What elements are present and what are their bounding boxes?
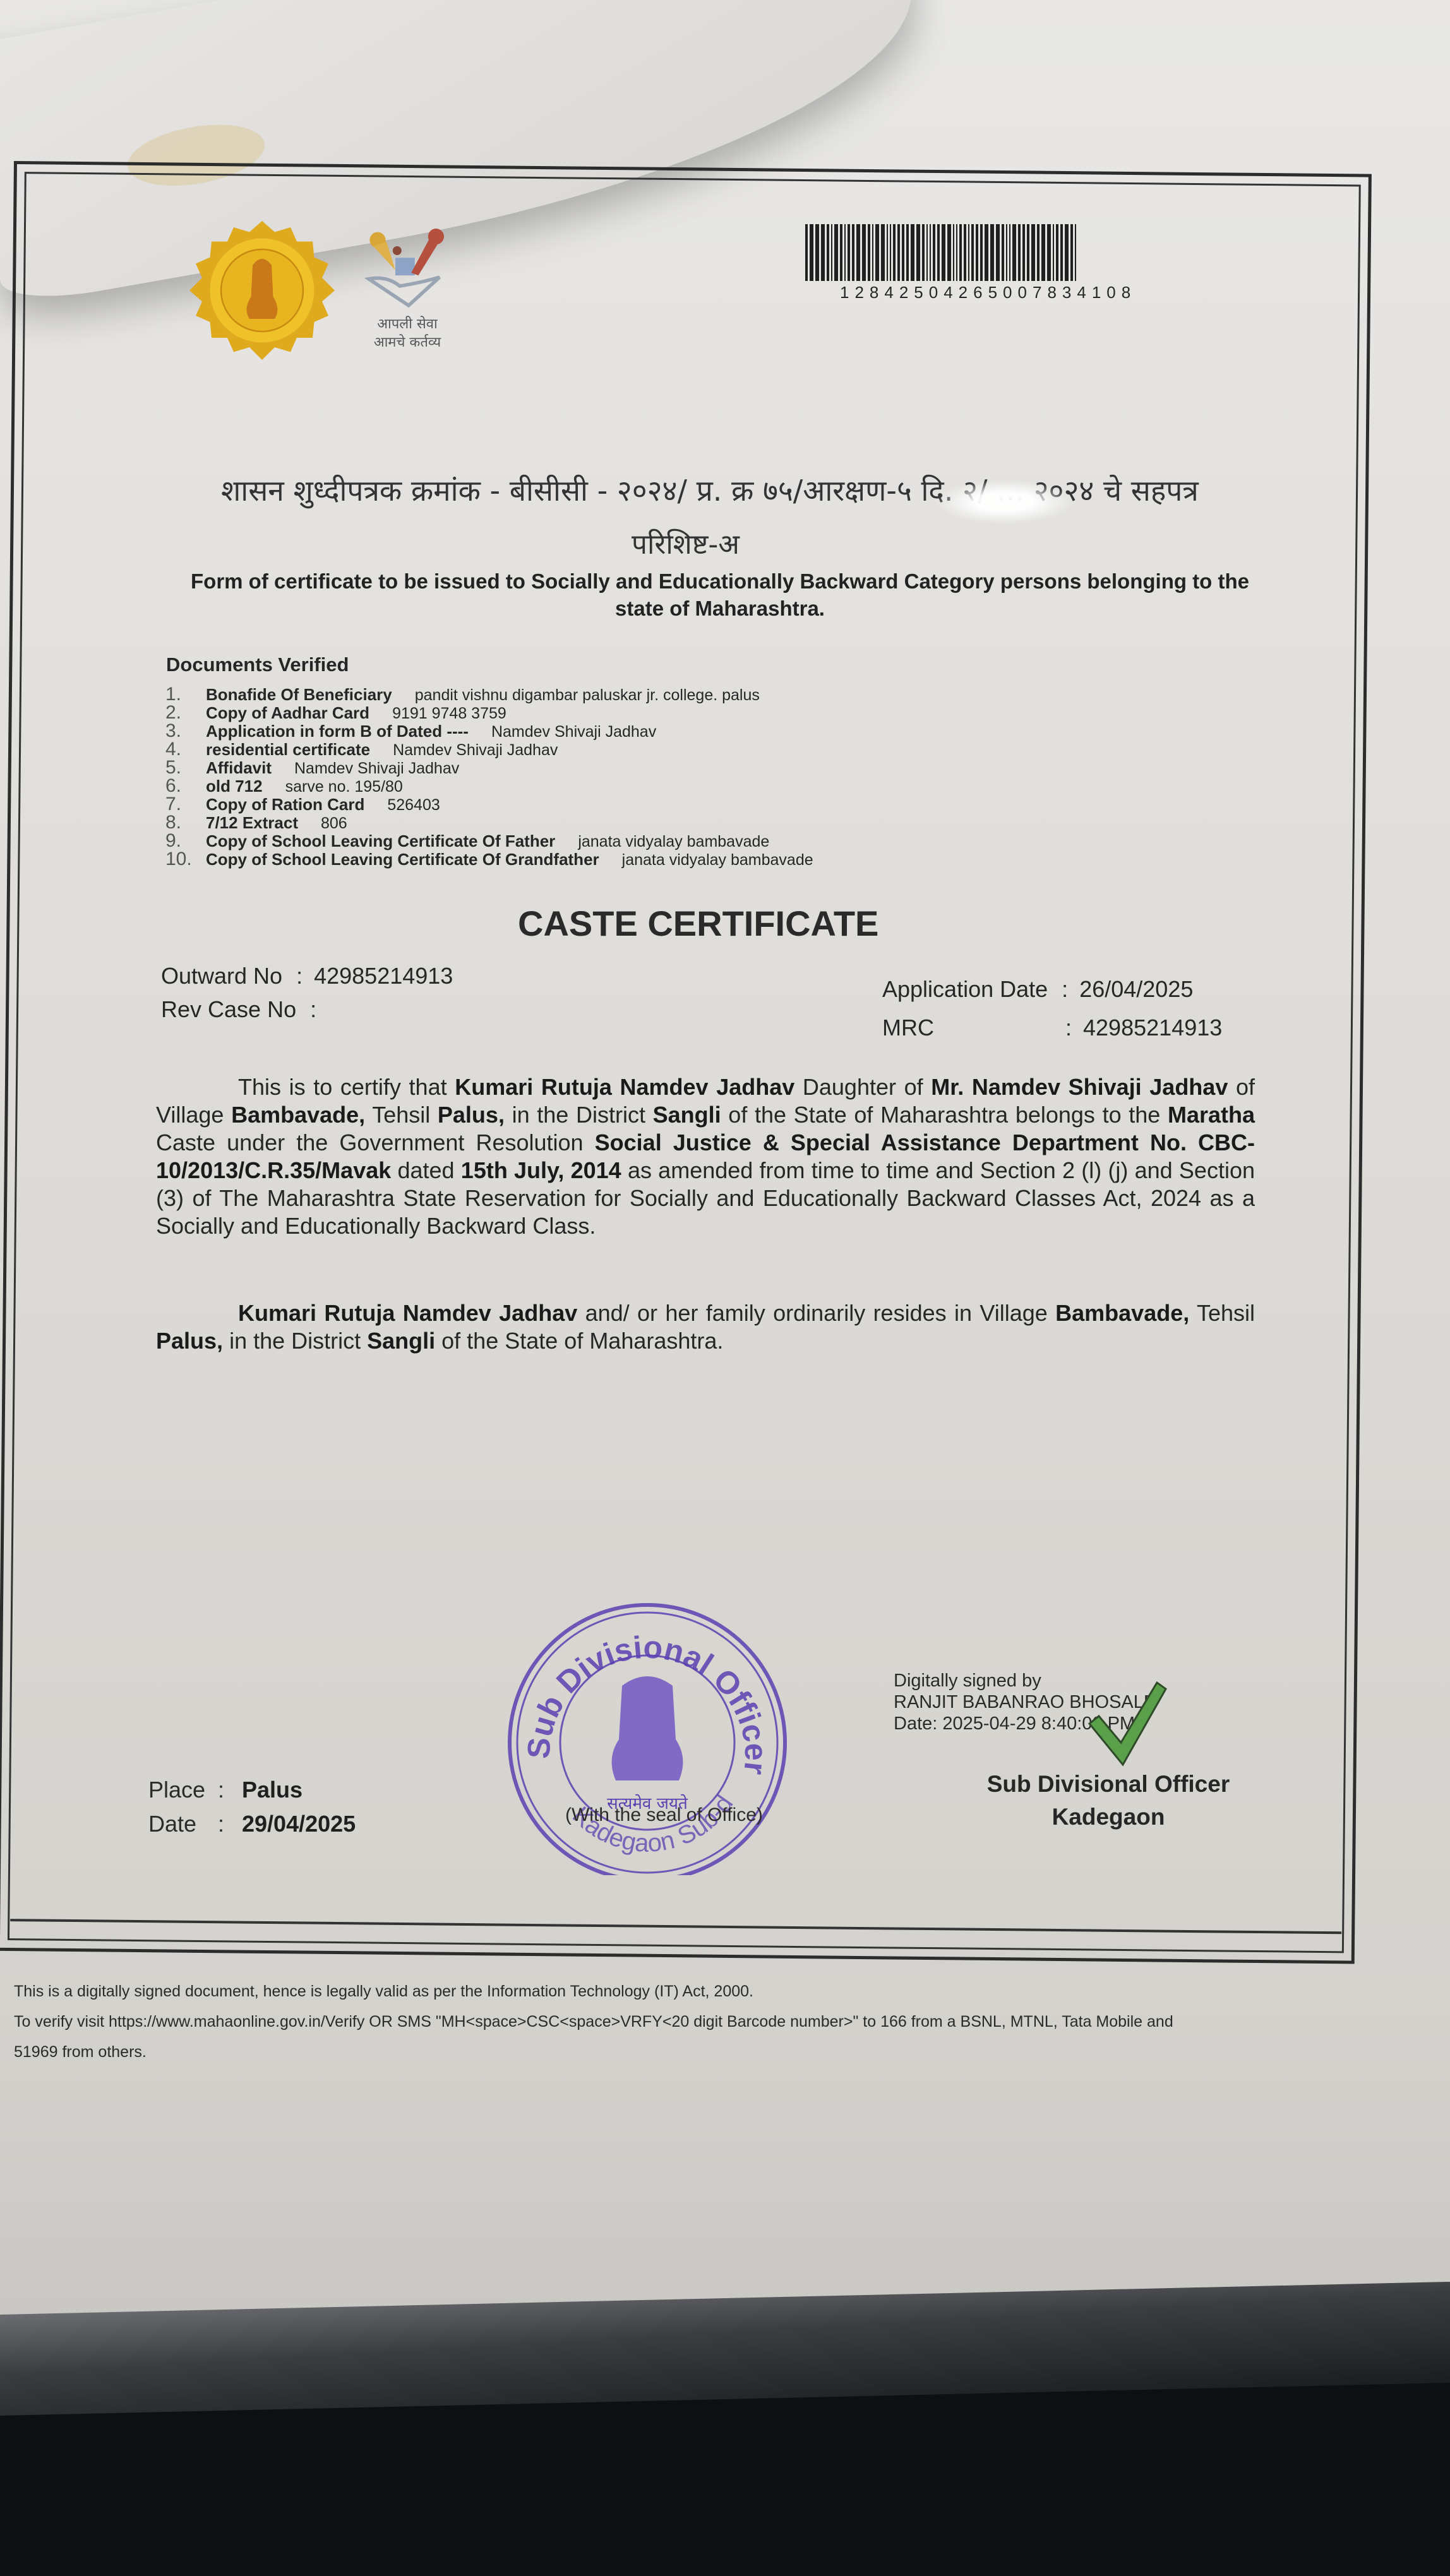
maharashtra-govt-emblem-icon bbox=[183, 218, 341, 376]
place-date-block: Place:Palus Date:29/04/2025 bbox=[148, 1773, 356, 1841]
logo-tagline: आपली सेवा आमचे कर्तव्य bbox=[357, 316, 458, 352]
signature-valid-check-icon bbox=[1086, 1679, 1168, 1774]
mrc: MRC:42985214913 bbox=[882, 1015, 1222, 1041]
document-item: 4.residential certificateNamdev Shivaji … bbox=[165, 741, 813, 759]
aapli-seva-logo: आपली सेवा आमचे कर्तव्य bbox=[357, 224, 458, 352]
documents-verified-list: 1.Bonafide Of Beneficiarypandit vishnu d… bbox=[165, 686, 813, 869]
certificate-title: CASTE CERTIFICATE bbox=[518, 903, 878, 944]
barcode bbox=[805, 224, 1203, 281]
rev-case-no: Rev Case No: bbox=[161, 996, 328, 1023]
form-title: Form of certificate to be issued to Soci… bbox=[189, 568, 1250, 623]
document-item: 3.Application in form B of Dated ----Nam… bbox=[165, 722, 813, 741]
issue-date: 29/04/2025 bbox=[242, 1811, 356, 1837]
document-item: 7.Copy of Ration Card526403 bbox=[165, 796, 813, 814]
outward-no: Outward No:42985214913 bbox=[161, 963, 453, 989]
residence-paragraph: Kumari Rutuja Namdev Jadhav and/ or her … bbox=[156, 1299, 1255, 1355]
document-item: 9.Copy of School Leaving Certificate Of … bbox=[165, 832, 813, 850]
helping-hand-icon bbox=[357, 224, 452, 313]
caste: Maratha bbox=[1168, 1102, 1255, 1128]
document-item: 8.7/12 Extract806 bbox=[165, 814, 813, 832]
barcode-number: 12842504265007834108 bbox=[840, 283, 1136, 302]
document-item: 1.Bonafide Of Beneficiarypandit vishnu d… bbox=[165, 686, 813, 704]
applicant-name: Kumari Rutuja Namdev Jadhav bbox=[455, 1074, 794, 1100]
annexure-heading: परिशिष्ट-अ bbox=[632, 524, 740, 562]
ashoka-emblem-icon bbox=[612, 1676, 683, 1780]
father-name: Mr. Namdev Shivaji Jadhav bbox=[931, 1074, 1228, 1100]
seal-note: (With the seal of Office) bbox=[565, 1804, 763, 1826]
document-item: 10.Copy of School Leaving Certificate Of… bbox=[165, 850, 813, 869]
document-item: 2.Copy of Aadhar Card9191 9748 3759 bbox=[165, 704, 813, 722]
official-seal-stamp: Sub Divisional Officer Kadegaon Sub-dn-K… bbox=[499, 1591, 796, 1875]
document-item: 5.AffidavitNamdev Shivaji Jadhav bbox=[165, 759, 813, 777]
certification-paragraph: This is to certify that Kumari Rutuja Na… bbox=[156, 1073, 1255, 1240]
light-glare bbox=[935, 480, 1074, 524]
document-item: 6.old 712sarve no. 195/80 bbox=[165, 777, 813, 796]
place-value: Palus bbox=[242, 1777, 303, 1803]
verification-footer: This is a digitally signed document, hen… bbox=[14, 1976, 1441, 2067]
application-date: Application Date:26/04/2025 bbox=[882, 976, 1193, 1003]
officer-designation: Sub Divisional Officer Kadegaon bbox=[982, 1768, 1235, 1834]
documents-verified-heading: Documents Verified bbox=[166, 653, 349, 676]
verify-instructions: To verify visit https://www.mahaonline.g… bbox=[14, 2007, 1441, 2037]
